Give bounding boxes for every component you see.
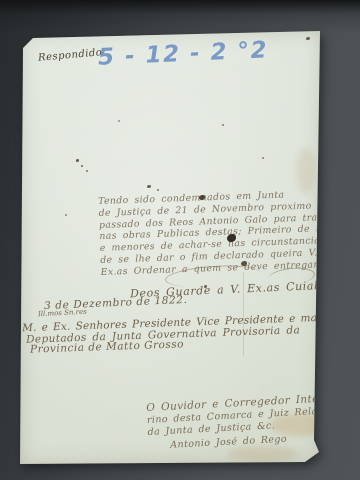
- ink-speck: [81, 165, 83, 167]
- ink-speck: [222, 124, 224, 126]
- addressee-abbreviation: Ill.mos Sn.res: [38, 308, 87, 319]
- ink-speck: [147, 185, 151, 188]
- ink-speck: [262, 157, 264, 159]
- ink-speck: [118, 120, 120, 122]
- foxing-stain: [296, 148, 316, 194]
- respondido-note: Respondido: [38, 47, 103, 64]
- ink-speck: [306, 37, 310, 40]
- ink-speck: [86, 170, 88, 172]
- archival-number: 5 - 12 - 2 °2: [98, 37, 269, 70]
- manuscript-page: Respondido 5 - 12 - 2 °2 Tendo sido cond…: [18, 28, 324, 468]
- ink-speck: [76, 159, 79, 162]
- foxing-stain: [228, 446, 298, 462]
- photo-background: Respondido 5 - 12 - 2 °2 Tendo sido cond…: [0, 0, 360, 480]
- fold-crease: [243, 272, 244, 356]
- foxing-stain: [270, 414, 328, 436]
- ink-speck: [157, 189, 159, 191]
- paper-shadow-wrap: Respondido 5 - 12 - 2 °2 Tendo sido cond…: [0, 0, 360, 480]
- ink-speck: [65, 214, 67, 216]
